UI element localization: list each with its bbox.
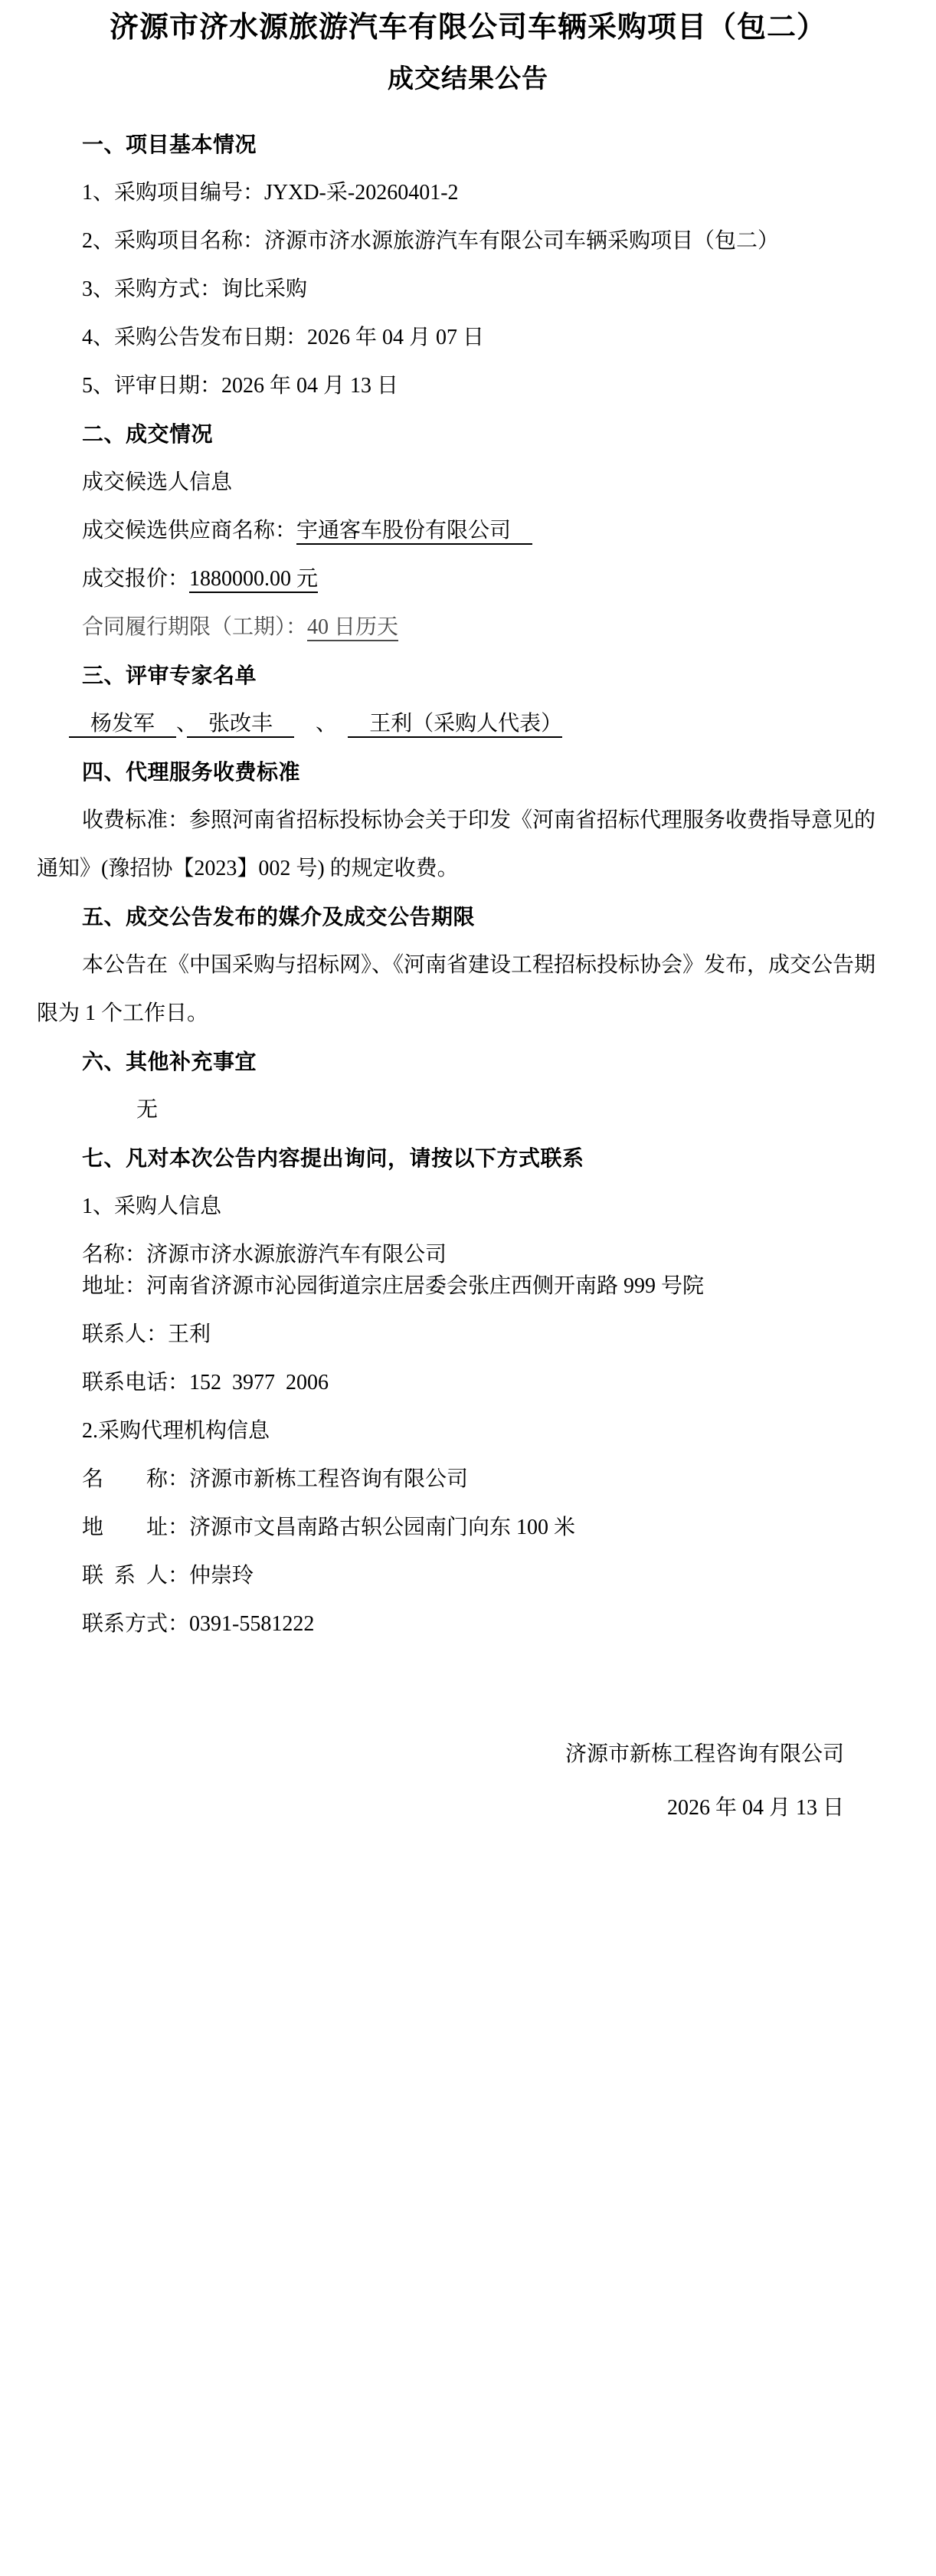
expert-name-1: 杨发军 <box>69 712 176 738</box>
section-experts-heading: 三、评审专家名单 <box>37 661 902 690</box>
line-price: 成交报价：1880000.00 元 <box>37 565 902 594</box>
line-project-code: 1、采购项目编号：JYXD-采-20260401-2 <box>37 179 902 208</box>
supplier-label: 成交候选供应商名称： <box>82 519 296 542</box>
line-agency-name: 名 称：济源市新栋工程咨询有限公司 <box>37 1465 902 1494</box>
section-contact-heading: 七、凡对本次公告内容提出询问，请按以下方式联系 <box>37 1144 902 1173</box>
document-header: 济源市济水源旅游汽车有限公司车辆采购项目（包二） 成交结果公告 <box>0 0 936 95</box>
line-agency-phone: 联系方式：0391-5581222 <box>37 1610 902 1639</box>
document-body: 一、项目基本情况 1、采购项目编号：JYXD-采-20260401-2 2、采购… <box>0 130 936 1823</box>
line-agency-person: 联 系 人：仲崇玲 <box>37 1562 902 1591</box>
line-supplier: 成交候选供应商名称：宇通客车股份有限公司 <box>37 516 902 546</box>
section-basic-heading: 一、项目基本情况 <box>37 130 902 159</box>
line-expert-names: 杨发军 、 张改丰 、 王利（采购人代表） <box>37 710 902 739</box>
section-result-heading: 二、成交情况 <box>37 420 902 449</box>
line-procurement-method: 3、采购方式：询比采购 <box>37 275 902 304</box>
line-fee-paragraph-1: 收费标准：参照河南省招标投标协会关于印发《河南省招标代理服务收费指导意见的 <box>37 806 902 835</box>
supplier-value: 宇通客车股份有限公司 <box>296 519 532 545</box>
line-review-date: 5、评审日期：2026 年 04 月 13 日 <box>37 372 902 401</box>
expert-separator-2: 、 <box>294 712 348 736</box>
expert-name-2: 张改丰 <box>187 712 294 738</box>
duration-value: 40 日历天 <box>307 615 398 641</box>
price-value: 1880000.00 元 <box>189 567 318 593</box>
price-label: 成交报价： <box>82 567 189 591</box>
line-candidate-info-title: 成交候选人信息 <box>37 468 902 497</box>
document-subtitle: 成交结果公告 <box>0 63 936 95</box>
section-media-heading: 五、成交公告发布的媒介及成交公告期限 <box>37 903 902 932</box>
document-title: 济源市济水源旅游汽车有限公司车辆采购项目（包二） <box>0 9 936 46</box>
section-fee-heading: 四、代理服务收费标准 <box>37 758 902 787</box>
signature-date: 2026 年 04 月 13 日 <box>37 1794 844 1823</box>
signature-company: 济源市新栋工程咨询有限公司 <box>37 1740 844 1769</box>
signature-block: 济源市新栋工程咨询有限公司 2026 年 04 月 13 日 <box>37 1740 902 1823</box>
line-buyer-phone: 联系电话：152 3977 2006 <box>37 1368 902 1398</box>
announcement-document: 济源市济水源旅游汽车有限公司车辆采购项目（包二） 成交结果公告 一、项目基本情况… <box>0 0 936 2576</box>
duration-label: 合同履行期限（工期）： <box>82 615 307 639</box>
line-other-content: 无 <box>37 1096 902 1125</box>
line-buyer-address: 地址：河南省济源市沁园街道宗庄居委会张庄西侧开南路 999 号院 <box>37 1272 902 1301</box>
line-buyer-person: 联系人：王利 <box>37 1320 902 1349</box>
line-buyer-title: 1、采购人信息 <box>37 1192 902 1221</box>
expert-separator-1: 、 <box>176 712 187 736</box>
line-buyer-name: 名称：济源市济水源旅游汽车有限公司 <box>37 1240 902 1270</box>
line-agency-address: 地 址：济源市文昌南路古轵公园南门向东 100 米 <box>37 1513 902 1542</box>
expert-name-3: 王利（采购人代表） <box>348 712 562 738</box>
line-agency-title: 2.采购代理机构信息 <box>37 1417 902 1446</box>
line-announcement-date: 4、采购公告发布日期：2026 年 04 月 07 日 <box>37 323 902 352</box>
line-fee-paragraph-2: 通知》(豫招协【2023】002 号) 的规定收费。 <box>37 854 902 883</box>
section-other-heading: 六、其他补充事宜 <box>37 1047 902 1077</box>
line-media-paragraph-2: 限为 1 个工作日。 <box>37 999 902 1028</box>
line-contract-duration: 合同履行期限（工期）：40 日历天 <box>37 613 902 642</box>
line-media-paragraph-1: 本公告在《中国采购与招标网》、《河南省建设工程招标投标协会》发布，成交公告期 <box>37 951 902 980</box>
line-project-name: 2、采购项目名称：济源市济水源旅游汽车有限公司车辆采购项目（包二） <box>37 227 902 256</box>
